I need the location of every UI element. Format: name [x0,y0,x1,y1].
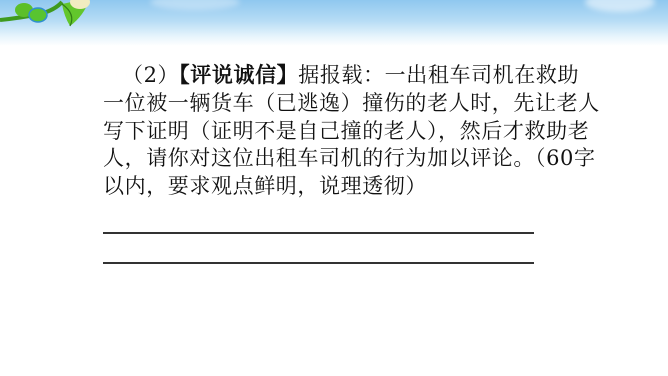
question-number: （2） [122,63,179,87]
question-line-3: 写下证明（证明不是自己撞的老人），然后才救助老 [103,118,543,146]
sky-header-banner [0,0,668,46]
answer-line-2 [103,262,534,264]
question-line-4: 人，请你对这位出租车司机的行为加以评论。（60字 [103,145,543,173]
green-vine-icon [0,0,110,36]
question-line-5: 以内，要求观点鲜明，说理透彻） [103,173,543,201]
question-text: （2）【评说诚信】据报载：一出租车司机在救助 一位被一辆货车（已逃逸）撞伤的老人… [103,61,543,201]
cloud-decoration [585,0,655,12]
answer-line-1 [103,232,534,234]
cloud-decoration [150,0,240,10]
question-line-1: （2）【评说诚信】据报载：一出租车司机在救助 [103,61,543,90]
question-tag: 【评说诚信】 [179,62,298,87]
question-line-2: 一位被一辆货车（已逃逸）撞伤的老人时，先让老人 [103,90,543,118]
